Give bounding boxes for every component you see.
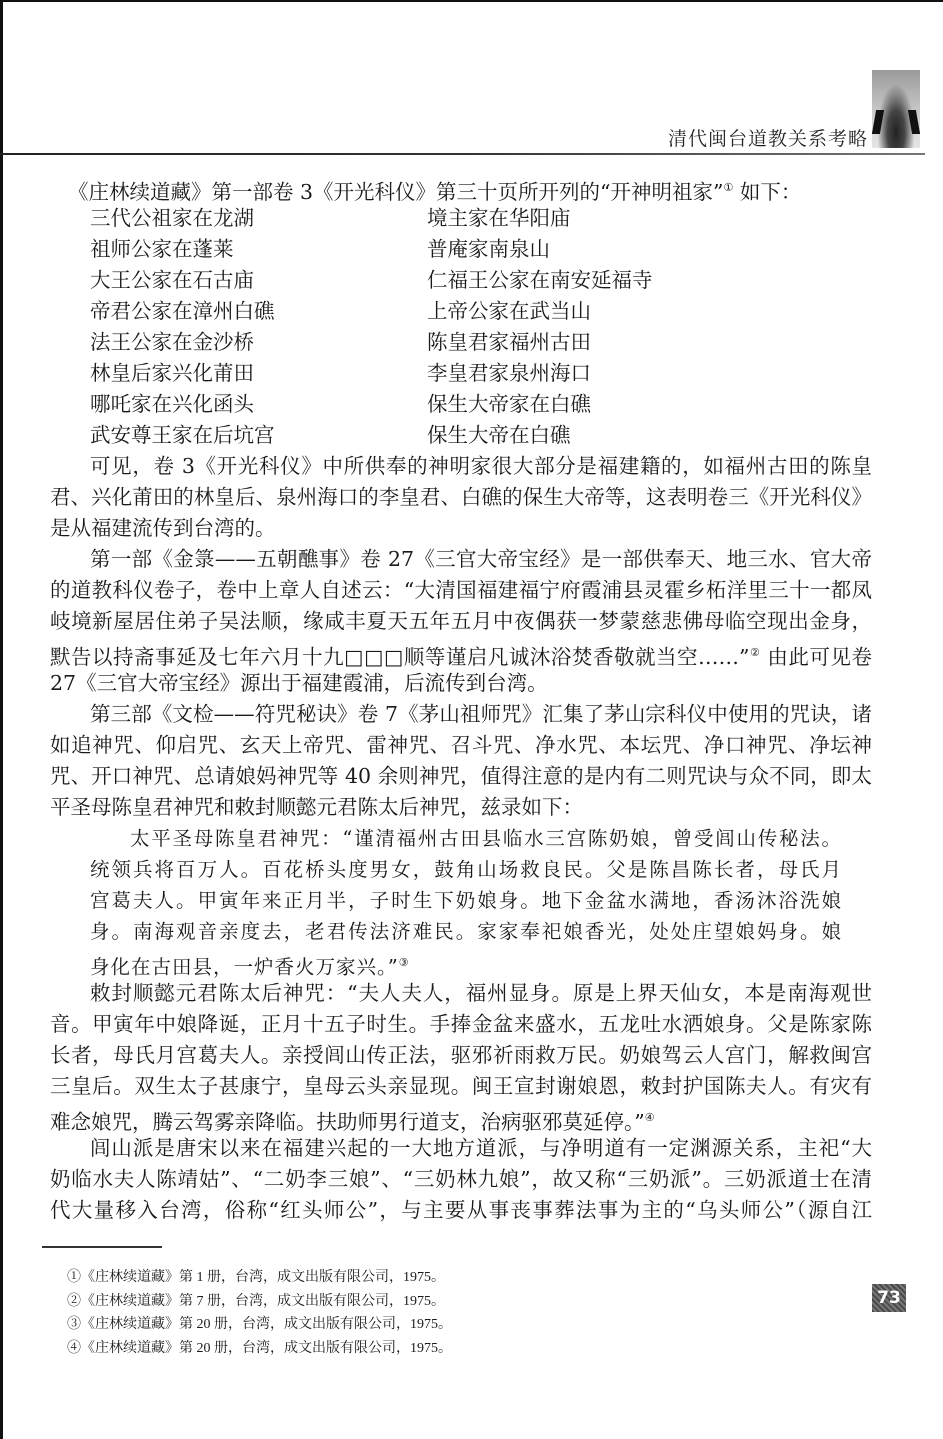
paragraph-1: 可见，卷 3《开光科仪》中所供奉的神明家很大部分是福建籍的，如福州古田的陈皇 君…: [50, 451, 872, 544]
footnote-ref-2[interactable]: ②: [750, 646, 761, 659]
footnote-ref-4[interactable]: ④: [645, 1111, 655, 1124]
paragraph-line: 平圣母陈皇君神咒和敕封顺懿元君陈太后神咒，兹录如下：: [50, 792, 872, 823]
page-number: 73: [872, 1284, 906, 1312]
footnotes: ①《庄林续道藏》第 1 册，台湾，成文出版有限公司，1975。 ②《庄林续道藏》…: [67, 1266, 452, 1360]
footnote-ref-3[interactable]: ③: [399, 956, 410, 969]
quote-chen-huangjun-incantation: 太平圣母陈皇君神咒：“谨清福州古田县临水三宫陈奶娘，曾受闾山传秘法。 统领兵将百…: [50, 823, 872, 978]
page-border-left: [0, 0, 3, 1439]
shrine-list: 三代公祖家在龙湖 境主家在华阳庙 祖师公家在蓬莱 普庵家南泉山 大王公家在石古庙…: [50, 203, 872, 451]
page-border-top: [0, 0, 943, 2]
paragraph-line: 代大量移入台湾，俗称“红头师公”，与主要从事丧事葬法事为主的“乌头师公”（源自江: [50, 1195, 872, 1226]
header-photo-icon: [872, 70, 920, 148]
quote-line: 宫葛夫人。甲寅年来正月半，子时生下奶娘身。地下金盆水满地，香汤沐浴洗娘: [90, 885, 842, 916]
shrine-list-item: 保生大帝家在白礁: [427, 389, 827, 420]
paragraph-line: 第一部《金箓——五朝醮事》卷 27《三官大帝宝经》是一部供奉天、地三水、官大帝: [50, 544, 872, 575]
paragraph-4: 敕封顺懿元君陈太后神咒：“夫人夫人，福州显身。原是上界天仙女，本是南海观世 音。…: [50, 978, 872, 1133]
shrine-list-item: 林皇后家兴化莆田: [90, 358, 427, 389]
paragraph-line: 岐境新屋居住弟子吴法顺，缘咸丰夏天五年五月中夜偶获一梦蒙慈悲佛母临空现出金身，: [50, 606, 872, 637]
paragraph-line: 默告以持斋事延及七年六月十九□□□顺等谨启凡诚沐浴焚香敬就当空……”② 由此可见…: [50, 637, 872, 668]
shrine-list-item: 三代公祖家在龙湖: [90, 203, 427, 234]
shrine-list-item: 帝君公家在漳州白礁: [90, 296, 427, 327]
running-header-title: 清代闽台道教关系考略: [668, 124, 868, 151]
footnote-ref-1[interactable]: ①: [724, 181, 734, 194]
paragraph-line: 长者，母氏月宫葛夫人。亲授闾山传正法，驱邪祈雨救万民。奶娘驾云人宫门，解救闽宫: [50, 1040, 872, 1071]
footnote-1: ①《庄林续道藏》第 1 册，台湾，成文出版有限公司，1975。: [67, 1266, 452, 1290]
shrine-list-item: 武安尊王家在后坑宫: [90, 420, 427, 451]
paragraph-line: 如追神咒、仰启咒、玄天上帝咒、雷神咒、召斗咒、净水咒、本坛咒、净口神咒、净坛神: [50, 730, 872, 761]
shrine-list-item: 境主家在华阳庙: [427, 203, 827, 234]
paragraph-line: 难念娘咒，腾云驾雾亲降临。扶助师男行道支，治病驱邪莫延停。”④: [50, 1102, 872, 1133]
shrine-list-item: 李皇君家泉州海口: [427, 358, 827, 389]
intro-text: 《庄林续道藏》第一部卷 3《开光科仪》第三十页所开列的“开神明祖家”: [68, 180, 724, 204]
paragraph-5: 闾山派是唐宋以来在福建兴起的一大地方道派，与净明道有一定渊源关系，主祀“大 奶临…: [50, 1133, 872, 1226]
shrine-list-item: 陈皇君家福州古田: [427, 327, 827, 358]
quote-text: 身化在古田县，一炉香火万家兴。”: [90, 956, 399, 979]
shrine-list-item: 大王公家在石古庙: [90, 265, 427, 296]
quote-line: 统领兵将百万人。百花桥头度男女，鼓角山场救良民。父是陈昌陈长者，母氏月: [90, 854, 842, 885]
shrine-list-item: 祖师公家在蓬莱: [90, 234, 427, 265]
paragraph-line: 奶临水夫人陈靖姑”、“二奶李三娘”、“三奶林九娘”，故又称“三奶派”。三奶派道士…: [50, 1164, 872, 1195]
paragraph-line: 咒、开口神咒、总请娘妈神咒等 40 余则神咒，值得注意的是内有二则咒诀与众不同，…: [50, 761, 872, 792]
shrine-list-item: 仁福王公家在南安延福寺: [427, 265, 827, 296]
paragraph-line: 第三部《文检——符咒秘诀》卷 7《茅山祖师咒》汇集了茅山宗科仪中使用的咒诀，诸: [50, 699, 872, 730]
header-rule: [0, 153, 925, 155]
quote-line: 太平圣母陈皇君神咒：“谨清福州古田县临水三宫陈奶娘，曾受闾山传秘法。: [90, 823, 842, 854]
footnote-3: ③《庄林续道藏》第 20 册，台湾，成文出版有限公司，1975。: [67, 1313, 452, 1337]
paragraph-line: 音。甲寅年中娘降诞，正月十五子时生。手捧金盆来盛水，五龙吐水洒娘身。父是陈家陈: [50, 1009, 872, 1040]
paragraph-line: 27《三官大帝宝经》源出于福建霞浦，后流传到台湾。: [50, 668, 872, 699]
paragraph-line: 可见，卷 3《开光科仪》中所供奉的神明家很大部分是福建籍的，如福州古田的陈皇: [50, 451, 872, 482]
shrine-list-item: 上帝公家在武当山: [427, 296, 827, 327]
paragraph-line: 君、兴化莆田的林皇后、泉州海口的李皇君、白礁的保生大帝等，这表明卷三《开光科仪》: [50, 482, 872, 513]
footnote-separator: [42, 1246, 162, 1248]
paragraph-line: 的道教科仪卷子，卷中上章人自述云：“大清国福建福宁府霞浦县灵霍乡柘洋里三十一都凤: [50, 575, 872, 606]
shrine-list-item: 法王公家在金沙桥: [90, 327, 427, 358]
paragraph-line: 是从福建流传到台湾的。: [50, 513, 872, 544]
shrine-list-item: 保生大帝在白礁: [427, 420, 827, 451]
quote-line: 身化在古田县，一炉香火万家兴。”③: [90, 947, 842, 978]
paragraph-line: 三皇后。双生太子甚康宁，皇母云头亲显现。闽王宣封谢娘恩，敕封护国陈夫人。有灾有: [50, 1071, 872, 1102]
footnote-4: ④《庄林续道藏》第 20 册，台湾，成文出版有限公司，1975。: [67, 1337, 452, 1361]
intro-text-tail: 如下：: [733, 180, 801, 204]
paragraph-text: 由此可见卷: [760, 645, 872, 669]
page-body: 《庄林续道藏》第一部卷 3《开光科仪》第三十页所开列的“开神明祖家”① 如下： …: [50, 172, 872, 1226]
footnote-2: ②《庄林续道藏》第 7 册，台湾，成文出版有限公司，1975。: [67, 1290, 452, 1314]
quote-line: 身。南海观音亲度去，老君传法济难民。家家奉祀娘香光，处处庄望娘妈身。娘: [90, 916, 842, 947]
paragraph-2: 第一部《金箓——五朝醮事》卷 27《三官大帝宝经》是一部供奉天、地三水、官大帝 …: [50, 544, 872, 699]
shrine-list-item: 普庵家南泉山: [427, 234, 827, 265]
paragraph-text: 默告以持斋事延及七年六月十九□□□顺等谨启凡诚沐浴焚香敬就当空……”: [50, 645, 750, 669]
paragraph-3: 第三部《文检——符咒秘诀》卷 7《茅山祖师咒》汇集了茅山宗科仪中使用的咒诀，诸 …: [50, 699, 872, 823]
paragraph-line: 闾山派是唐宋以来在福建兴起的一大地方道派，与净明道有一定渊源关系，主祀“大: [50, 1133, 872, 1164]
shrine-list-item: 哪吒家在兴化函头: [90, 389, 427, 420]
paragraph-line: 敕封顺懿元君陈太后神咒：“夫人夫人，福州显身。原是上界天仙女，本是南海观世: [50, 978, 872, 1009]
paragraph-text: 难念娘咒，腾云驾雾亲降临。扶助师男行道支，治病驱邪莫延停。”: [50, 1110, 645, 1134]
intro-line: 《庄林续道藏》第一部卷 3《开光科仪》第三十页所开列的“开神明祖家”① 如下：: [50, 172, 872, 203]
